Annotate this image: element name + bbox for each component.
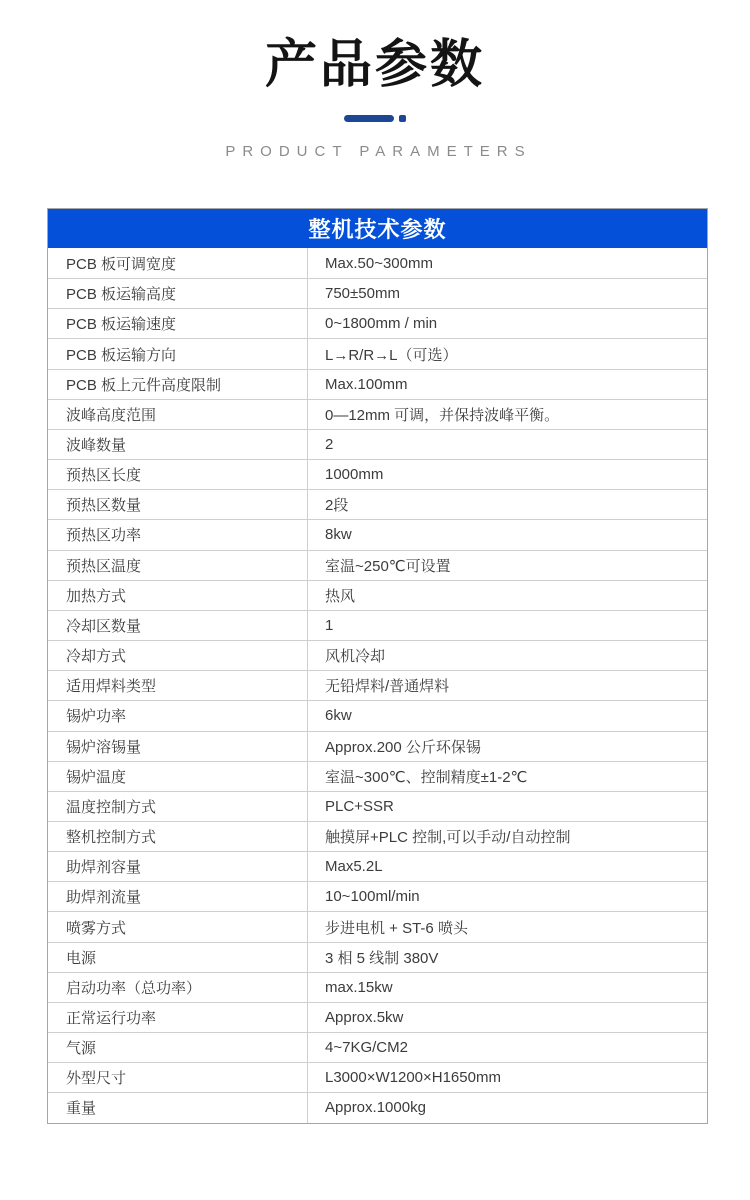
table-row: 重量 Approx.1000kg <box>48 1092 707 1122</box>
parameter-name: PCB 板运输速度 <box>48 309 308 338</box>
parameter-name: 波峰高度范围 <box>48 400 308 429</box>
parameter-name: 正常运行功率 <box>48 1003 308 1032</box>
parameter-name: 锡炉溶锡量 <box>48 732 308 761</box>
table-body: PCB 板可调宽度 Max.50~300mm PCB 板运输高度 750±50m… <box>48 248 707 1123</box>
parameter-value: 步进电机 + ST-6 喷头 <box>308 912 707 941</box>
parameter-value: PLC+SSR <box>308 792 707 821</box>
parameter-name: 启动功率（总功率） <box>48 973 308 1002</box>
parameter-value: Approx.1000kg <box>308 1093 707 1122</box>
parameter-value: 1 <box>308 611 707 640</box>
product-parameters-page: 产品参数 PRODUCT PARAMETERS 整机技术参数 PCB 板可调宽度… <box>0 0 750 1200</box>
table-row: 电源 3 相 5 线制 380V <box>48 942 707 972</box>
parameter-value: Max.100mm <box>308 370 707 399</box>
parameter-name: 电源 <box>48 943 308 972</box>
table-row: 启动功率（总功率） max.15kw <box>48 972 707 1002</box>
table-row: 整机控制方式 触摸屏+PLC 控制,可以手动/自动控制 <box>48 821 707 851</box>
parameter-name: PCB 板运输高度 <box>48 279 308 308</box>
title-accent-dash <box>344 115 394 122</box>
parameter-value: Approx.5kw <box>308 1003 707 1032</box>
table-row: 外型尺寸 L3000×W1200×H1650mm <box>48 1062 707 1092</box>
parameter-value: Approx.200 公斤环保锡 <box>308 732 707 761</box>
parameter-value: L→R/R→L（可选） <box>308 339 707 368</box>
parameter-value: 750±50mm <box>308 279 707 308</box>
parameter-name: 预热区数量 <box>48 490 308 519</box>
parameter-value: 6kw <box>308 701 707 730</box>
title-section: 产品参数 PRODUCT PARAMETERS <box>0 0 750 160</box>
parameter-name: 气源 <box>48 1033 308 1062</box>
parameter-name: 波峰数量 <box>48 430 308 459</box>
parameter-name: 喷雾方式 <box>48 912 308 941</box>
table-row: 锡炉溶锡量 Approx.200 公斤环保锡 <box>48 731 707 761</box>
table-row: PCB 板上元件高度限制 Max.100mm <box>48 369 707 399</box>
parameter-name: PCB 板上元件高度限制 <box>48 370 308 399</box>
parameter-name: 冷却区数量 <box>48 611 308 640</box>
parameter-value: 4~7KG/CM2 <box>308 1033 707 1062</box>
table-row: 加热方式 热风 <box>48 580 707 610</box>
table-row: PCB 板运输高度 750±50mm <box>48 278 707 308</box>
parameter-name: 锡炉功率 <box>48 701 308 730</box>
table-row: 正常运行功率 Approx.5kw <box>48 1002 707 1032</box>
parameter-value: max.15kw <box>308 973 707 1002</box>
table-row: 温度控制方式 PLC+SSR <box>48 791 707 821</box>
parameter-name: 预热区长度 <box>48 460 308 489</box>
parameter-value: 10~100ml/min <box>308 882 707 911</box>
parameter-value: 1000mm <box>308 460 707 489</box>
title-accent-dot <box>399 115 406 122</box>
parameter-value: 0~1800mm / min <box>308 309 707 338</box>
parameter-name: 适用焊料类型 <box>48 671 308 700</box>
table-row: 预热区长度 1000mm <box>48 459 707 489</box>
parameters-table: 整机技术参数 PCB 板可调宽度 Max.50~300mm PCB 板运输高度 … <box>47 208 708 1124</box>
parameter-value: 风机冷却 <box>308 641 707 670</box>
parameter-value: L3000×W1200×H1650mm <box>308 1063 707 1092</box>
parameter-value: 室温~300℃、控制精度±1-2℃ <box>308 762 707 791</box>
parameter-name: 助焊剂流量 <box>48 882 308 911</box>
table-row: 锡炉温度 室温~300℃、控制精度±1-2℃ <box>48 761 707 791</box>
parameter-name: PCB 板运输方向 <box>48 339 308 368</box>
title-accent <box>0 115 750 122</box>
parameter-value: 2 <box>308 430 707 459</box>
table-row: 预热区功率 8kw <box>48 519 707 549</box>
table-row: 预热区温度 室温~250℃可设置 <box>48 550 707 580</box>
parameter-value: Max.50~300mm <box>308 248 707 278</box>
table-row: 预热区数量 2段 <box>48 489 707 519</box>
parameter-name: 冷却方式 <box>48 641 308 670</box>
table-row: 助焊剂容量 Max5.2L <box>48 851 707 881</box>
parameter-value: 室温~250℃可设置 <box>308 551 707 580</box>
parameter-name: 助焊剂容量 <box>48 852 308 881</box>
table-row: PCB 板可调宽度 Max.50~300mm <box>48 248 707 278</box>
table-header-title: 整机技术参数 <box>48 209 707 248</box>
page-title: 产品参数 <box>0 36 750 96</box>
parameter-value: 2段 <box>308 490 707 519</box>
parameter-name: 加热方式 <box>48 581 308 610</box>
parameter-name: 锡炉温度 <box>48 762 308 791</box>
parameter-value: 8kw <box>308 520 707 549</box>
parameter-value: 0—12mm 可调，并保持波峰平衡。 <box>308 400 707 429</box>
table-row: PCB 板运输速度 0~1800mm / min <box>48 308 707 338</box>
parameter-name: 预热区功率 <box>48 520 308 549</box>
parameter-value: 3 相 5 线制 380V <box>308 943 707 972</box>
table-row: 喷雾方式 步进电机 + ST-6 喷头 <box>48 911 707 941</box>
parameter-name: 整机控制方式 <box>48 822 308 851</box>
table-row: PCB 板运输方向 L→R/R→L（可选） <box>48 338 707 368</box>
parameter-name: PCB 板可调宽度 <box>48 248 308 278</box>
page-subtitle: PRODUCT PARAMETERS <box>0 143 750 160</box>
parameter-name: 重量 <box>48 1093 308 1122</box>
parameter-name: 预热区温度 <box>48 551 308 580</box>
parameter-value: 触摸屏+PLC 控制,可以手动/自动控制 <box>308 822 707 851</box>
table-row: 适用焊料类型 无铅焊料/普通焊料 <box>48 670 707 700</box>
table-row: 气源 4~7KG/CM2 <box>48 1032 707 1062</box>
parameter-value: Max5.2L <box>308 852 707 881</box>
table-row: 锡炉功率 6kw <box>48 700 707 730</box>
table-row: 冷却区数量 1 <box>48 610 707 640</box>
table-row: 波峰数量 2 <box>48 429 707 459</box>
parameter-name: 温度控制方式 <box>48 792 308 821</box>
parameter-value: 热风 <box>308 581 707 610</box>
table-row: 助焊剂流量 10~100ml/min <box>48 881 707 911</box>
table-row: 冷却方式 风机冷却 <box>48 640 707 670</box>
parameter-value: 无铅焊料/普通焊料 <box>308 671 707 700</box>
table-row: 波峰高度范围 0—12mm 可调，并保持波峰平衡。 <box>48 399 707 429</box>
parameter-name: 外型尺寸 <box>48 1063 308 1092</box>
